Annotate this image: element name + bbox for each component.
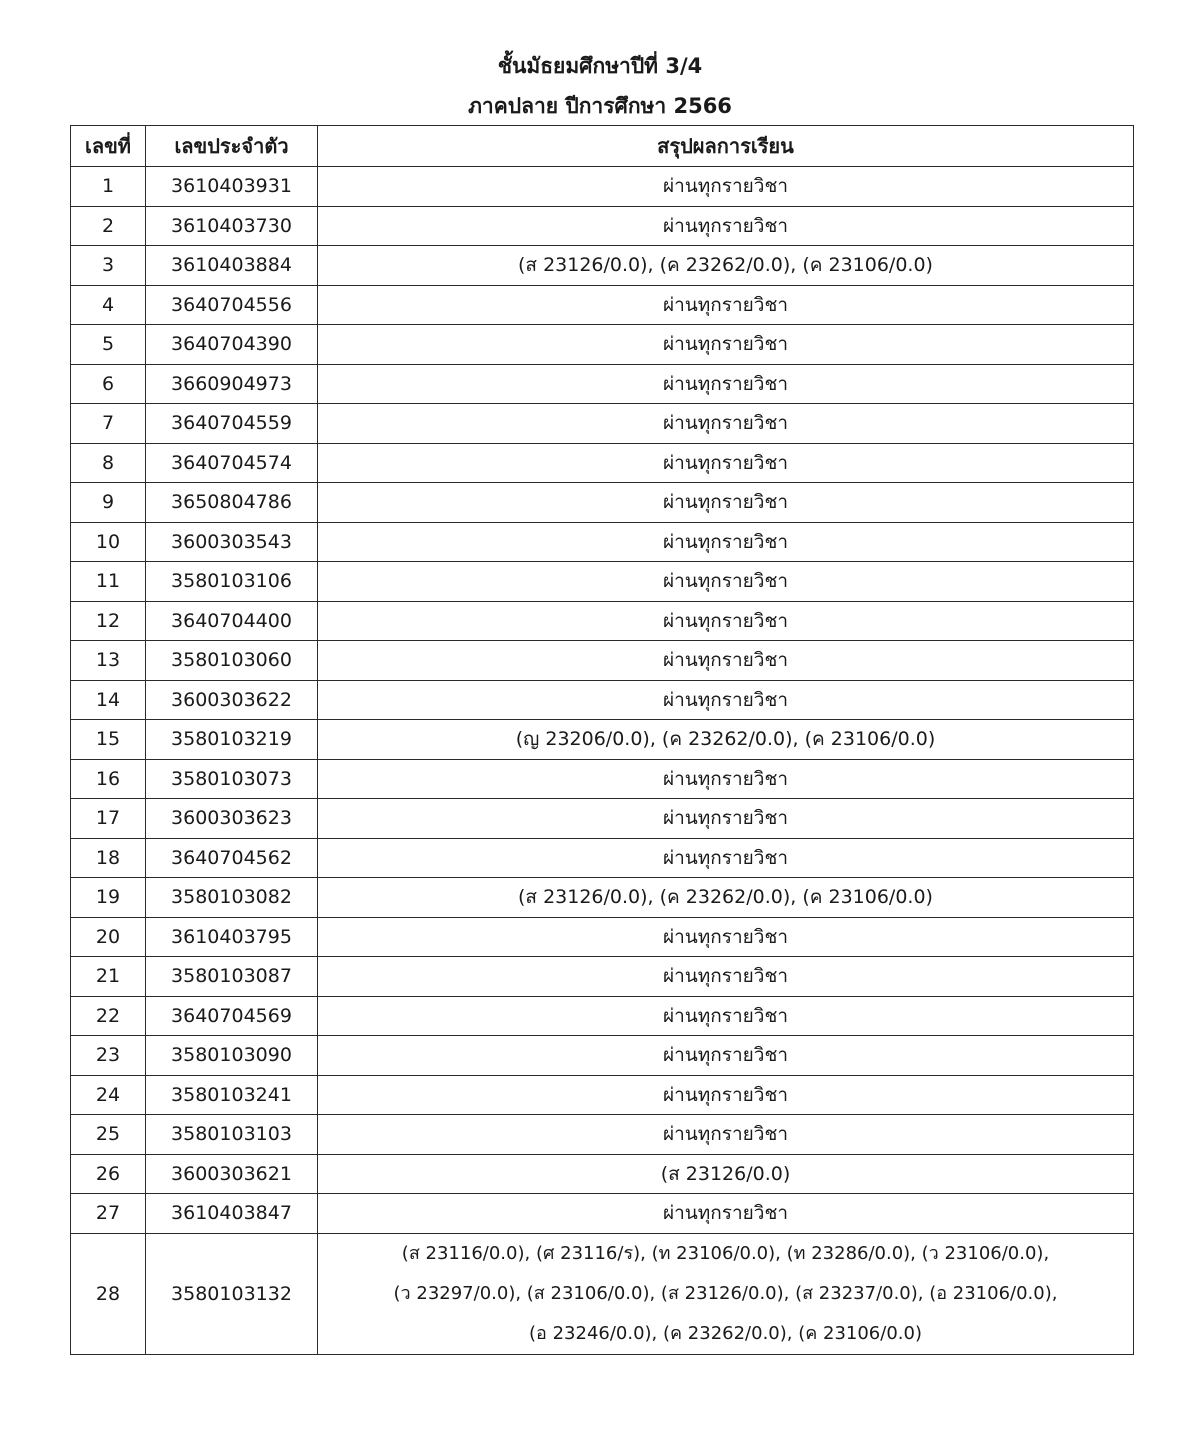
- cell-result-summary: ผ่านทุกรายวิชา: [318, 364, 1134, 404]
- cell-number: 7: [71, 404, 146, 444]
- table-row: 143600303622ผ่านทุกรายวิชา: [71, 680, 1134, 720]
- cell-number: 28: [71, 1233, 146, 1354]
- table-header-row: เลขที่ เลขประจำตัว สรุปผลการเรียน: [71, 126, 1134, 167]
- result-line: ผ่านทุกรายวิชา: [318, 171, 1133, 201]
- document-title: ชั้นมัธยมศึกษาปีที่ 3/4: [0, 46, 1200, 86]
- table-row: 193580103082(ส 23126/0.0), (ค 23262/0.0)…: [71, 878, 1134, 918]
- table-row: 13610403931ผ่านทุกรายวิชา: [71, 167, 1134, 207]
- result-line: ผ่านทุกรายวิชา: [318, 803, 1133, 833]
- result-line: ผ่านทุกรายวิชา: [318, 448, 1133, 478]
- cell-student-id: 3640704574: [146, 443, 318, 483]
- cell-result-summary: (ส 23126/0.0), (ค 23262/0.0), (ค 23106/0…: [318, 878, 1134, 918]
- cell-student-id: 3600303621: [146, 1154, 318, 1194]
- table-body: 13610403931ผ่านทุกรายวิชา23610403730ผ่าน…: [71, 167, 1134, 1355]
- cell-student-id: 3640704569: [146, 996, 318, 1036]
- table-row: 23610403730ผ่านทุกรายวิชา: [71, 206, 1134, 246]
- result-line: ผ่านทุกรายวิชา: [318, 211, 1133, 241]
- table-row: 223640704569ผ่านทุกรายวิชา: [71, 996, 1134, 1036]
- result-line: (ส 23126/0.0): [318, 1159, 1133, 1189]
- cell-result-summary: ผ่านทุกรายวิชา: [318, 325, 1134, 365]
- result-line: (ว 23297/0.0), (ส 23106/0.0), (ส 23126/0…: [318, 1274, 1133, 1314]
- cell-number: 25: [71, 1115, 146, 1155]
- result-line: ผ่านทุกรายวิชา: [318, 606, 1133, 636]
- cell-number: 15: [71, 720, 146, 760]
- result-line: ผ่านทุกรายวิชา: [318, 290, 1133, 320]
- table-row: 213580103087ผ่านทุกรายวิชา: [71, 957, 1134, 997]
- table-row: 43640704556ผ่านทุกรายวิชา: [71, 285, 1134, 325]
- table-row: 233580103090ผ่านทุกรายวิชา: [71, 1036, 1134, 1076]
- table-row: 83640704574ผ่านทุกรายวิชา: [71, 443, 1134, 483]
- header-number: เลขที่: [71, 126, 146, 167]
- table-row: 133580103060ผ่านทุกรายวิชา: [71, 641, 1134, 681]
- cell-number: 26: [71, 1154, 146, 1194]
- table-row: 243580103241ผ่านทุกรายวิชา: [71, 1075, 1134, 1115]
- cell-result-summary: ผ่านทุกรายวิชา: [318, 206, 1134, 246]
- table-row: 163580103073ผ่านทุกรายวิชา: [71, 759, 1134, 799]
- cell-result-summary: ผ่านทุกรายวิชา: [318, 1194, 1134, 1234]
- cell-number: 1: [71, 167, 146, 207]
- table-row: 93650804786ผ่านทุกรายวิชา: [71, 483, 1134, 523]
- cell-number: 16: [71, 759, 146, 799]
- cell-result-summary: ผ่านทุกรายวิชา: [318, 167, 1134, 207]
- cell-number: 6: [71, 364, 146, 404]
- cell-result-summary: ผ่านทุกรายวิชา: [318, 483, 1134, 523]
- result-line: ผ่านทุกรายวิชา: [318, 1119, 1133, 1149]
- cell-student-id: 3580103090: [146, 1036, 318, 1076]
- cell-number: 22: [71, 996, 146, 1036]
- cell-result-summary: ผ่านทุกรายวิชา: [318, 562, 1134, 602]
- result-line: ผ่านทุกรายวิชา: [318, 1040, 1133, 1070]
- cell-number: 10: [71, 522, 146, 562]
- document-subtitle: ภาคปลาย ปีการศึกษา 2566: [0, 86, 1200, 126]
- cell-number: 18: [71, 838, 146, 878]
- cell-student-id: 3610403795: [146, 917, 318, 957]
- cell-number: 20: [71, 917, 146, 957]
- result-line: ผ่านทุกรายวิชา: [318, 527, 1133, 557]
- cell-result-summary: ผ่านทุกรายวิชา: [318, 601, 1134, 641]
- cell-student-id: 3580103241: [146, 1075, 318, 1115]
- cell-result-summary: (ส 23116/0.0), (ศ 23116/ร), (ท 23106/0.0…: [318, 1233, 1134, 1354]
- result-line: ผ่านทุกรายวิชา: [318, 685, 1133, 715]
- result-line: ผ่านทุกรายวิชา: [318, 487, 1133, 517]
- cell-number: 13: [71, 641, 146, 681]
- cell-result-summary: ผ่านทุกรายวิชา: [318, 404, 1134, 444]
- cell-student-id: 3580103106: [146, 562, 318, 602]
- cell-result-summary: (ญ 23206/0.0), (ค 23262/0.0), (ค 23106/0…: [318, 720, 1134, 760]
- result-line: (ส 23116/0.0), (ศ 23116/ร), (ท 23106/0.0…: [318, 1234, 1133, 1274]
- cell-student-id: 3600303622: [146, 680, 318, 720]
- header-result-summary: สรุปผลการเรียน: [318, 126, 1134, 167]
- table-row: 263600303621(ส 23126/0.0): [71, 1154, 1134, 1194]
- document-header: ชั้นมัธยมศึกษาปีที่ 3/4 ภาคปลาย ปีการศึก…: [0, 46, 1200, 126]
- cell-number: 2: [71, 206, 146, 246]
- result-line: ผ่านทุกรายวิชา: [318, 566, 1133, 596]
- result-line: ผ่านทุกรายวิชา: [318, 408, 1133, 438]
- result-line: ผ่านทุกรายวิชา: [318, 961, 1133, 991]
- table-row: 63660904973ผ่านทุกรายวิชา: [71, 364, 1134, 404]
- cell-number: 11: [71, 562, 146, 602]
- table-row: 33610403884(ส 23126/0.0), (ค 23262/0.0),…: [71, 246, 1134, 286]
- cell-result-summary: (ส 23126/0.0): [318, 1154, 1134, 1194]
- table-row: 103600303543ผ่านทุกรายวิชา: [71, 522, 1134, 562]
- cell-student-id: 3640704556: [146, 285, 318, 325]
- result-line: (ส 23126/0.0), (ค 23262/0.0), (ค 23106/0…: [318, 250, 1133, 280]
- result-line: ผ่านทุกรายวิชา: [318, 764, 1133, 794]
- table-row: 113580103106ผ่านทุกรายวิชา: [71, 562, 1134, 602]
- table-row: 203610403795ผ่านทุกรายวิชา: [71, 917, 1134, 957]
- cell-number: 17: [71, 799, 146, 839]
- cell-student-id: 3580103082: [146, 878, 318, 918]
- cell-result-summary: ผ่านทุกรายวิชา: [318, 957, 1134, 997]
- header-student-id: เลขประจำตัว: [146, 126, 318, 167]
- cell-student-id: 3640704400: [146, 601, 318, 641]
- cell-student-id: 3650804786: [146, 483, 318, 523]
- cell-number: 5: [71, 325, 146, 365]
- cell-result-summary: ผ่านทุกรายวิชา: [318, 799, 1134, 839]
- cell-result-summary: ผ่านทุกรายวิชา: [318, 1075, 1134, 1115]
- table-row: 273610403847ผ่านทุกรายวิชา: [71, 1194, 1134, 1234]
- result-line: ผ่านทุกรายวิชา: [318, 329, 1133, 359]
- cell-student-id: 3600303623: [146, 799, 318, 839]
- cell-result-summary: ผ่านทุกรายวิชา: [318, 680, 1134, 720]
- result-line: (อ 23246/0.0), (ค 23262/0.0), (ค 23106/0…: [318, 1314, 1133, 1354]
- cell-result-summary: ผ่านทุกรายวิชา: [318, 838, 1134, 878]
- cell-number: 21: [71, 957, 146, 997]
- cell-result-summary: (ส 23126/0.0), (ค 23262/0.0), (ค 23106/0…: [318, 246, 1134, 286]
- cell-number: 27: [71, 1194, 146, 1234]
- cell-student-id: 3580103087: [146, 957, 318, 997]
- cell-student-id: 3580103132: [146, 1233, 318, 1354]
- cell-result-summary: ผ่านทุกรายวิชา: [318, 759, 1134, 799]
- result-line: ผ่านทุกรายวิชา: [318, 1198, 1133, 1228]
- cell-student-id: 3610403730: [146, 206, 318, 246]
- cell-number: 8: [71, 443, 146, 483]
- cell-number: 3: [71, 246, 146, 286]
- table-row: 153580103219(ญ 23206/0.0), (ค 23262/0.0)…: [71, 720, 1134, 760]
- table-row: 173600303623ผ่านทุกรายวิชา: [71, 799, 1134, 839]
- table-row: 183640704562ผ่านทุกรายวิชา: [71, 838, 1134, 878]
- cell-result-summary: ผ่านทุกรายวิชา: [318, 1115, 1134, 1155]
- table-row: 53640704390ผ่านทุกรายวิชา: [71, 325, 1134, 365]
- cell-student-id: 3640704390: [146, 325, 318, 365]
- cell-student-id: 3640704559: [146, 404, 318, 444]
- table-row: 253580103103ผ่านทุกรายวิชา: [71, 1115, 1134, 1155]
- cell-student-id: 3580103219: [146, 720, 318, 760]
- table-row: 123640704400ผ่านทุกรายวิชา: [71, 601, 1134, 641]
- cell-student-id: 3600303543: [146, 522, 318, 562]
- cell-student-id: 3610403847: [146, 1194, 318, 1234]
- result-line: ผ่านทุกรายวิชา: [318, 1001, 1133, 1031]
- table-row: 73640704559ผ่านทุกรายวิชา: [71, 404, 1134, 444]
- cell-number: 4: [71, 285, 146, 325]
- cell-student-id: 3580103103: [146, 1115, 318, 1155]
- cell-result-summary: ผ่านทุกรายวิชา: [318, 285, 1134, 325]
- result-line: ผ่านทุกรายวิชา: [318, 369, 1133, 399]
- table-row: 283580103132(ส 23116/0.0), (ศ 23116/ร), …: [71, 1233, 1134, 1354]
- results-table: เลขที่ เลขประจำตัว สรุปผลการเรียน 136104…: [70, 125, 1134, 1355]
- result-line: (ญ 23206/0.0), (ค 23262/0.0), (ค 23106/0…: [318, 724, 1133, 754]
- cell-result-summary: ผ่านทุกรายวิชา: [318, 443, 1134, 483]
- result-line: ผ่านทุกรายวิชา: [318, 645, 1133, 675]
- cell-number: 19: [71, 878, 146, 918]
- cell-student-id: 3640704562: [146, 838, 318, 878]
- cell-number: 23: [71, 1036, 146, 1076]
- cell-number: 24: [71, 1075, 146, 1115]
- result-line: ผ่านทุกรายวิชา: [318, 922, 1133, 952]
- cell-result-summary: ผ่านทุกรายวิชา: [318, 522, 1134, 562]
- cell-student-id: 3660904973: [146, 364, 318, 404]
- cell-student-id: 3580103060: [146, 641, 318, 681]
- result-line: ผ่านทุกรายวิชา: [318, 1080, 1133, 1110]
- cell-result-summary: ผ่านทุกรายวิชา: [318, 1036, 1134, 1076]
- cell-number: 14: [71, 680, 146, 720]
- cell-number: 9: [71, 483, 146, 523]
- cell-number: 12: [71, 601, 146, 641]
- cell-student-id: 3610403884: [146, 246, 318, 286]
- cell-student-id: 3610403931: [146, 167, 318, 207]
- cell-result-summary: ผ่านทุกรายวิชา: [318, 917, 1134, 957]
- cell-result-summary: ผ่านทุกรายวิชา: [318, 641, 1134, 681]
- cell-student-id: 3580103073: [146, 759, 318, 799]
- cell-result-summary: ผ่านทุกรายวิชา: [318, 996, 1134, 1036]
- result-line: (ส 23126/0.0), (ค 23262/0.0), (ค 23106/0…: [318, 882, 1133, 912]
- result-line: ผ่านทุกรายวิชา: [318, 843, 1133, 873]
